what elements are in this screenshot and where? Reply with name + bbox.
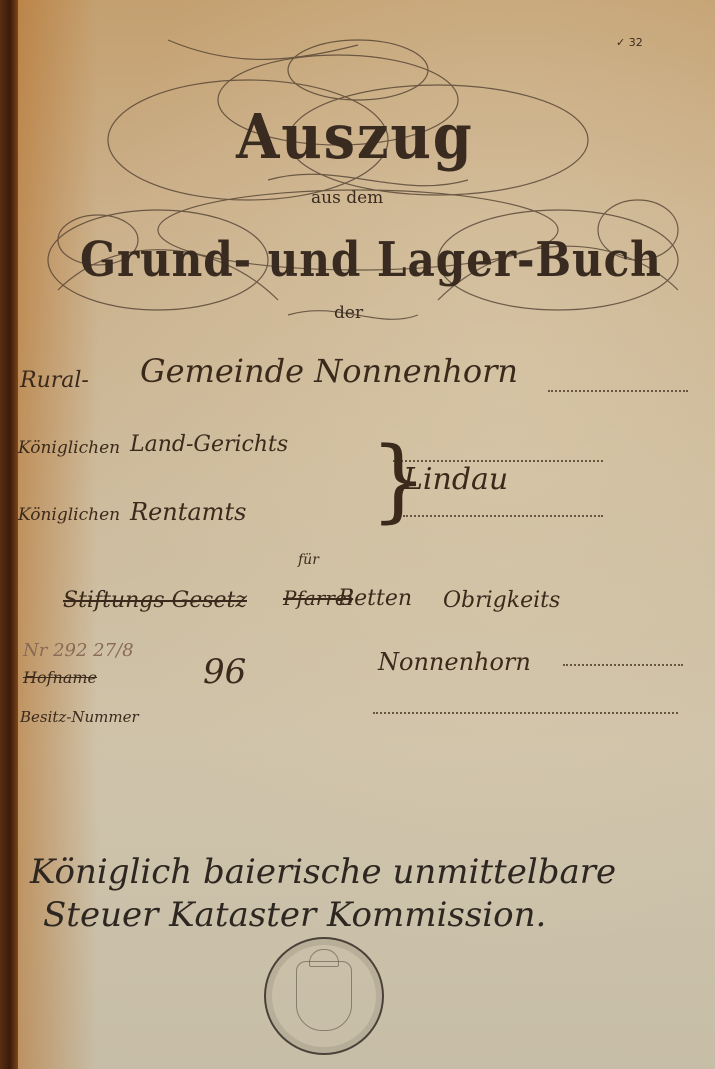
title-grund-und-lager-buch: Grund- und Lager-Buch	[80, 232, 662, 288]
struck-line2-label: Hofname	[23, 668, 97, 687]
pencil-annotation: Nr 292 27/8	[23, 640, 134, 661]
subtitle-aus-dem: aus dem	[311, 188, 383, 208]
inserted-word-fuer: für	[298, 552, 319, 568]
field-value-land-gerichts: Land-Gerichts	[130, 432, 288, 457]
field-value-gemeinde: Gemeinde Nonnenhorn	[140, 352, 518, 390]
field-value-rentamts: Rentamts	[130, 498, 246, 526]
fill-line	[373, 712, 678, 714]
document-page: ✓ 32 Auszug aus dem Grund- und Lager-Buc…	[18, 0, 715, 1069]
fill-line	[548, 390, 688, 392]
entry-nonnenhorn: Nonnenhorn	[378, 648, 531, 676]
field-label-besitz-nummer: Besitz-Nummer	[20, 708, 139, 726]
closing-line2: Steuer Kataster Kommission.	[43, 895, 546, 935]
field-label-rural: Rural-	[20, 368, 89, 393]
field-label-koeniglichen-1: Königlichen	[18, 438, 120, 458]
entry-obrigkeits: Obrigkeits	[443, 588, 560, 613]
entry-betten: Betten	[338, 586, 412, 611]
bracket-value-lindau: Lindau	[403, 462, 508, 497]
closing-line1: Königlich baierische unmittelbare	[30, 852, 616, 892]
coat-of-arms-icon	[296, 961, 352, 1031]
fill-line	[403, 515, 603, 517]
title-auszug: Auszug	[236, 100, 473, 173]
fill-line	[563, 664, 683, 666]
struck-line1-label: Stiftungs Gesetz	[63, 588, 247, 613]
entry-number: 96	[203, 652, 246, 692]
connector-der: der	[334, 303, 363, 323]
field-label-koeniglichen-2: Königlichen	[18, 505, 120, 525]
official-seal-stamp	[264, 937, 384, 1055]
